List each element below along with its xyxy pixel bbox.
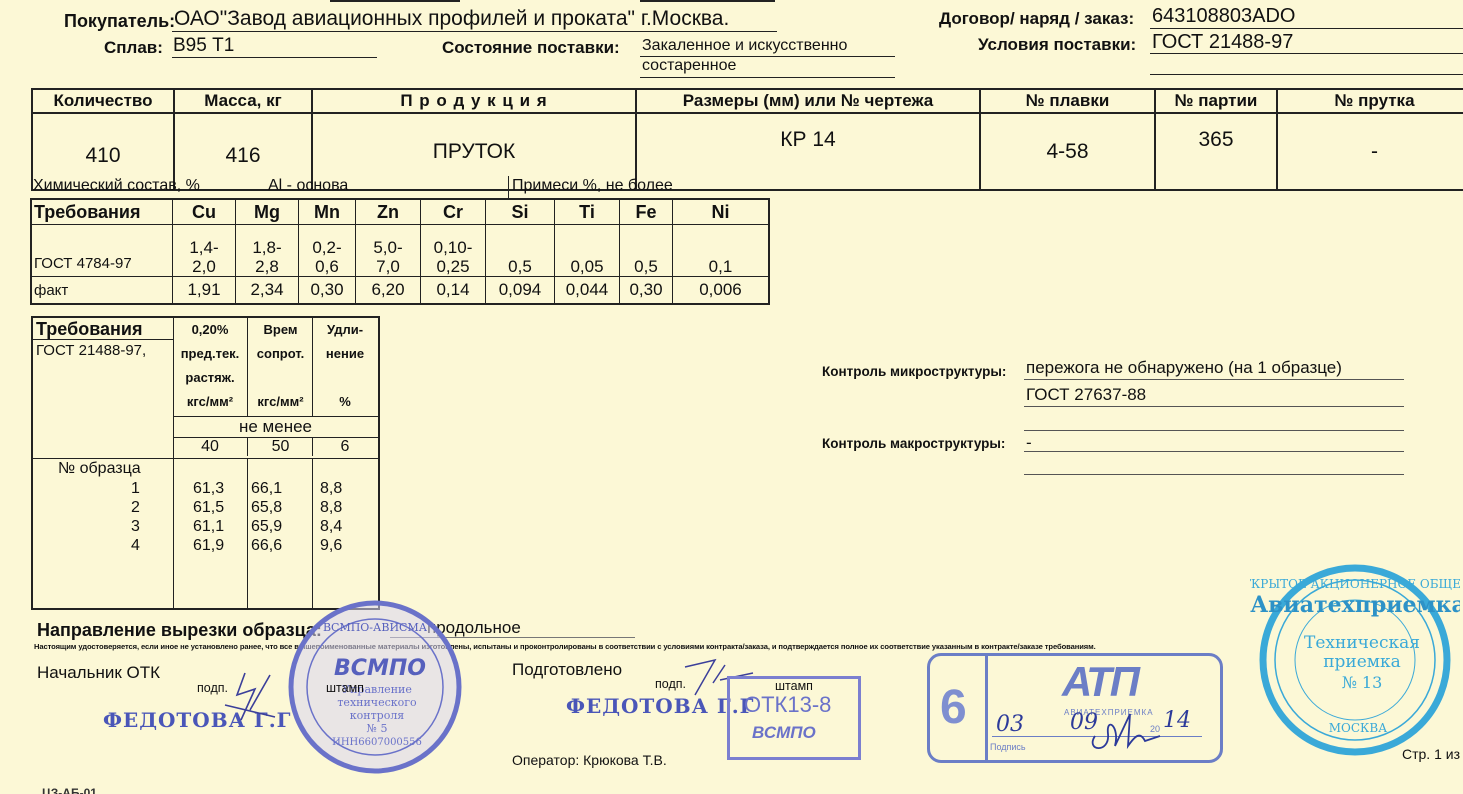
blank-underline bbox=[1024, 474, 1404, 475]
col-size: Размеры (мм) или № чертежа bbox=[636, 89, 980, 113]
bar-cell: - bbox=[1277, 113, 1463, 190]
atp-stamp-sign-label: Подпись bbox=[990, 742, 1026, 752]
delivery-state-line1: Закаленное и искусственно bbox=[642, 37, 847, 55]
mech-col-tensile-l4: кгс/мм² bbox=[248, 390, 313, 414]
sample-yield: 61,9 bbox=[193, 537, 224, 555]
micro-standard: ГОСТ 27637-88 bbox=[1026, 385, 1146, 405]
mech-col-elong-l4: % bbox=[313, 390, 377, 414]
delivery-state-underline bbox=[640, 77, 895, 78]
contract-label: Договор/ наряд / заказ: bbox=[939, 9, 1134, 29]
atp-stamp-day: 03 bbox=[996, 712, 1024, 737]
chem-gost-cell: 0,10-0,25 bbox=[421, 225, 486, 277]
svg-text:ВСМПО: ВСМПО bbox=[334, 656, 426, 681]
alloy-underline bbox=[172, 57, 377, 58]
sample-tensile: 66,6 bbox=[251, 537, 282, 555]
col-product: П р о д у к ц и я bbox=[312, 89, 636, 113]
batch-cell: 365 bbox=[1155, 113, 1277, 190]
chem-title: Химический состав, % bbox=[33, 177, 200, 195]
svg-text:"Авиатехприемка": "Авиатехприемка" bbox=[1250, 592, 1460, 618]
product-table: Количество Масса, кг П р о д у к ц и я Р… bbox=[31, 88, 1463, 191]
top-border-line bbox=[640, 0, 775, 2]
blank-underline bbox=[1150, 74, 1463, 75]
chem-header-ni: Ni bbox=[673, 199, 770, 225]
chem-gost-cell: 0,5 bbox=[620, 225, 673, 277]
page-number: Стр. 1 из bbox=[1402, 746, 1460, 762]
chem-header-mg: Mg bbox=[236, 199, 299, 225]
chem-gost-cell: 0,5 bbox=[486, 225, 555, 277]
sample-tensile: 66,1 bbox=[251, 480, 282, 498]
mech-col-yield: 0,20% пред.тек. растяж. кгс/мм² bbox=[173, 318, 247, 416]
chem-header-cu: Cu bbox=[173, 199, 236, 225]
alloy-label: Сплав: bbox=[104, 38, 163, 58]
melt-cell: 4-58 bbox=[980, 113, 1155, 190]
atp-stamp: 6 АТП АВИАТЕХПРИЕМКА 03 09 20 14 Подпись bbox=[927, 653, 1223, 763]
delivery-state-label: Состояние поставки: bbox=[442, 38, 620, 58]
size-cell: КР 14 bbox=[636, 113, 980, 190]
stamp-label-prepared: штамп bbox=[775, 679, 813, 693]
macro-underline bbox=[1024, 451, 1404, 452]
mech-col-tensile-spacer bbox=[248, 366, 313, 390]
atp-stamp-logo: АТП bbox=[1062, 658, 1138, 706]
svg-text:приемка: приемка bbox=[1323, 652, 1401, 672]
mech-req-standard: ГОСТ 21488-97, bbox=[36, 342, 146, 359]
svg-text:ВСМПО-АВИСМА: ВСМПО-АВИСМА bbox=[323, 621, 428, 634]
contract-underline bbox=[1150, 28, 1463, 29]
prepared-label: Подготовлено bbox=[512, 660, 622, 680]
micro-label: Контроль микроструктуры: bbox=[822, 364, 1006, 379]
delivery-terms-label: Условия поставки: bbox=[978, 35, 1136, 55]
svg-text:ИНН6607000556: ИНН6607000556 bbox=[332, 737, 422, 748]
sample-yield: 61,5 bbox=[193, 499, 224, 517]
chem-fact-cell: 0,094 bbox=[486, 277, 555, 305]
mech-sample-label: № образца bbox=[58, 460, 141, 478]
chem-fact-cell: 0,044 bbox=[555, 277, 620, 305]
svg-text:ОТКРЫТОЕ АКЦИОНЕРНОЕ ОБЩЕСТВО: ОТКРЫТОЕ АКЦИОНЕРНОЕ ОБЩЕСТВО bbox=[1250, 577, 1460, 591]
svg-text:контроля: контроля bbox=[350, 709, 405, 722]
signature-icon bbox=[1080, 706, 1170, 756]
delivery-terms-value: ГОСТ 21488-97 bbox=[1152, 31, 1293, 54]
chem-header-zn: Zn bbox=[356, 199, 421, 225]
mech-col-tensile-l1: Врем bbox=[248, 318, 313, 342]
chem-fact-row: факт 1,912,340,306,200,140,0940,0440,300… bbox=[31, 277, 769, 305]
mech-col-yield-l2: пред.тек. bbox=[173, 342, 247, 366]
table-row: 461,966,69,6 bbox=[33, 537, 378, 556]
mech-col-elong-l1: Удли- bbox=[313, 318, 377, 342]
delivery-terms-underline bbox=[1150, 53, 1463, 54]
chem-header-si: Si bbox=[486, 199, 555, 225]
svg-text:№ 13: № 13 bbox=[1342, 673, 1383, 692]
chem-fact-cell: 0,14 bbox=[421, 277, 486, 305]
mech-col-yield-l3: растяж. bbox=[173, 366, 247, 390]
chem-fact-cell: 0,30 bbox=[299, 277, 356, 305]
mech-min-elong: 6 bbox=[312, 438, 377, 456]
chem-fact-cell: 0,006 bbox=[673, 277, 770, 305]
chem-fact-label: факт bbox=[31, 277, 173, 305]
macro-value: - bbox=[1026, 433, 1032, 453]
chem-gost-cell: 0,1 bbox=[673, 225, 770, 277]
mech-req-divider bbox=[33, 339, 173, 340]
chemistry-table: Требования Cu Mg Mn Zn Cr Si Ti Fe Ni ГО… bbox=[30, 198, 770, 305]
mech-col-headers: 0,20% пред.тек. растяж. кгс/мм² Врем соп… bbox=[173, 318, 378, 416]
otk-head-label: Начальник ОТК bbox=[37, 663, 160, 683]
sample-number: 3 bbox=[131, 518, 140, 536]
bottom-code: ЦЗ-АБ-01 bbox=[42, 786, 97, 794]
mech-col-yield-l1: 0,20% bbox=[173, 318, 247, 342]
table-row: 161,366,18,8 bbox=[33, 480, 378, 499]
otk-rect-stamp: штамп ОТК13-8 ВСМПО bbox=[727, 676, 861, 760]
chem-gost-cell: 0,05 bbox=[555, 225, 620, 277]
table-row: 261,565,88,8 bbox=[33, 499, 378, 518]
chem-gost-cell: 0,2-0,6 bbox=[299, 225, 356, 277]
sample-elongation: 8,4 bbox=[320, 518, 342, 536]
mech-not-less: не менее bbox=[173, 416, 378, 438]
buyer-label: Покупатель: bbox=[64, 11, 175, 32]
chem-header-requirements: Требования bbox=[31, 199, 173, 225]
vsmpo-round-stamp-icon: ВСМПО-АВИСМА ВСМПО Управление техническо… bbox=[285, 597, 465, 777]
tech-acceptance-stamp-icon: ОТКРЫТОЕ АКЦИОНЕРНОЕ ОБЩЕСТВО "Авиатехпр… bbox=[1250, 560, 1460, 760]
table-row: 361,165,98,4 bbox=[33, 518, 378, 537]
chem-fact-cell: 1,91 bbox=[173, 277, 236, 305]
sample-yield: 61,3 bbox=[193, 480, 224, 498]
sample-tensile: 65,9 bbox=[251, 518, 282, 536]
chem-base: Al - основа bbox=[268, 177, 348, 195]
mech-min-yield: 40 bbox=[173, 438, 247, 456]
sample-number: 1 bbox=[131, 480, 140, 498]
operator-label: Оператор: Крюкова Т.В. bbox=[512, 752, 667, 768]
micro-underline bbox=[1024, 406, 1404, 407]
top-border-line bbox=[330, 0, 460, 2]
mech-col-tensile: Врем сопрот. кгс/мм² bbox=[247, 318, 313, 416]
col-batch: № партии bbox=[1155, 89, 1277, 113]
svg-text:№ 5: № 5 bbox=[367, 722, 388, 735]
col-quantity: Количество bbox=[32, 89, 174, 113]
sample-tensile: 65,8 bbox=[251, 499, 282, 517]
sample-number: 4 bbox=[131, 537, 140, 555]
sample-elongation: 9,6 bbox=[320, 537, 342, 555]
signature-icon bbox=[215, 665, 285, 725]
mech-req-cell: Требования ГОСТ 21488-97, bbox=[33, 318, 174, 458]
sample-elongation: 8,8 bbox=[320, 480, 342, 498]
chem-header-ti: Ti bbox=[555, 199, 620, 225]
mech-req-label: Требования bbox=[36, 319, 142, 340]
chem-gost-cell: 1,4-2,0 bbox=[173, 225, 236, 277]
svg-text:Техническая: Техническая bbox=[1304, 633, 1420, 653]
micro-value: пережога не обнаружено (на 1 образце) bbox=[1026, 358, 1342, 378]
certification-text: Настоящим удостоверяется, если иное не у… bbox=[34, 642, 1096, 651]
sample-number: 2 bbox=[131, 499, 140, 517]
mech-col-tensile-l2: сопрот. bbox=[248, 342, 313, 366]
delivery-state-line2: состаренное bbox=[642, 57, 736, 75]
sample-yield: 61,1 bbox=[193, 518, 224, 536]
chem-header-fe: Fe bbox=[620, 199, 673, 225]
col-mass: Масса, кг bbox=[174, 89, 312, 113]
otk-stamp-code: ОТК13-8 bbox=[744, 692, 831, 718]
svg-text:МОСКВА: МОСКВА bbox=[1329, 721, 1388, 735]
mech-col-elong-spacer bbox=[313, 366, 377, 390]
chem-gost-cell: 5,0-7,0 bbox=[356, 225, 421, 277]
chem-fact-cell: 6,20 bbox=[356, 277, 421, 305]
buyer-underline bbox=[172, 31, 777, 32]
chem-gost-row: ГОСТ 4784-97 1,4-2,01,8-2,80,2-0,65,0-7,… bbox=[31, 225, 769, 277]
stamp-label: штамп bbox=[326, 681, 364, 695]
sample-elongation: 8,8 bbox=[320, 499, 342, 517]
product-table-header: Количество Масса, кг П р о д у к ц и я Р… bbox=[32, 89, 1463, 113]
mech-col-yield-l4: кгс/мм² bbox=[173, 390, 247, 414]
impurities-title: Примеси %, не более bbox=[512, 177, 673, 195]
impurities-divider bbox=[508, 176, 509, 198]
mech-col-elong-l2: нение bbox=[313, 342, 377, 366]
chem-fact-cell: 0,30 bbox=[620, 277, 673, 305]
chem-fact-cell: 2,34 bbox=[236, 277, 299, 305]
mech-min-tensile: 50 bbox=[247, 438, 313, 456]
micro-underline bbox=[1024, 379, 1404, 380]
macro-label: Контроль макроструктуры: bbox=[822, 436, 1005, 451]
chem-gost-cell: 1,8-2,8 bbox=[236, 225, 299, 277]
table-row: 410 416 ПРУТОК КР 14 4-58 365 - bbox=[32, 113, 1463, 190]
col-bar: № прутка bbox=[1277, 89, 1463, 113]
col-melt: № плавки bbox=[980, 89, 1155, 113]
mechanical-table: Требования ГОСТ 21488-97, 0,20% пред.тек… bbox=[31, 316, 380, 610]
cut-direction-label: Направление вырезки образца: bbox=[37, 620, 322, 641]
svg-text:технического: технического bbox=[337, 696, 417, 709]
otk-stamp-logo: ВСМПО bbox=[752, 723, 816, 743]
blank-underline bbox=[1024, 430, 1404, 431]
chem-header-cr: Cr bbox=[421, 199, 486, 225]
contract-value: 643108803ADO bbox=[1152, 5, 1295, 28]
chem-gost-label: ГОСТ 4784-97 bbox=[31, 225, 173, 277]
chem-header-row: Требования Cu Mg Mn Zn Cr Si Ti Fe Ni bbox=[31, 199, 769, 225]
atp-stamp-number: 6 bbox=[940, 680, 967, 735]
buyer-value: ОАО"Завод авиационных профилей и проката… bbox=[174, 7, 729, 31]
mech-divider bbox=[33, 458, 378, 459]
chem-header-mn: Mn bbox=[299, 199, 356, 225]
alloy-value: В95 Т1 bbox=[173, 35, 234, 57]
mech-col-elong: Удли- нение % bbox=[312, 318, 377, 416]
